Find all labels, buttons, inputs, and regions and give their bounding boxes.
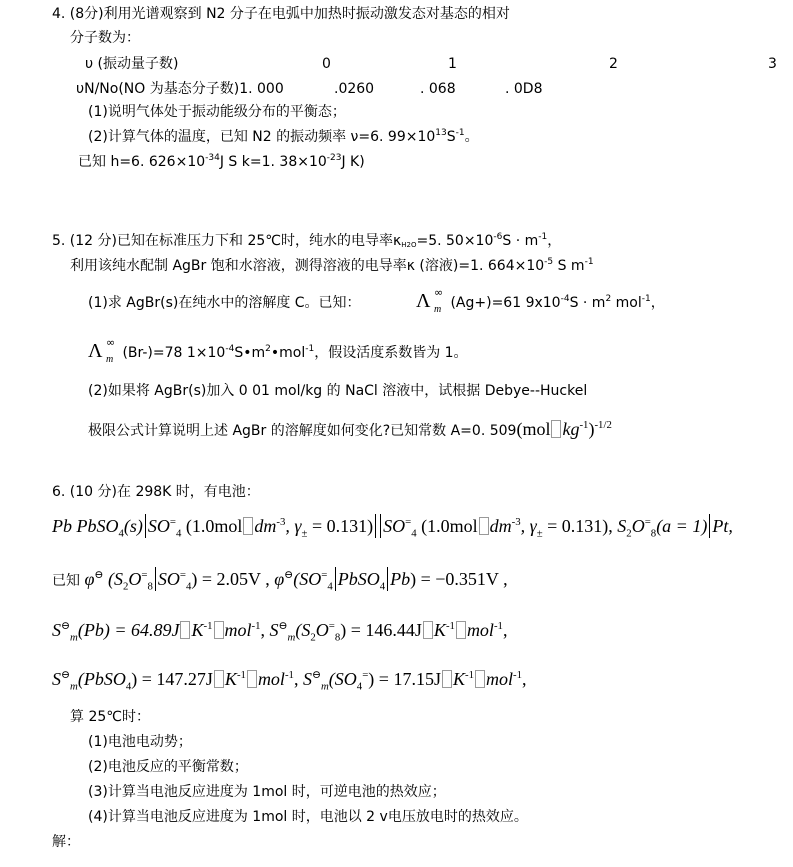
q5-line4-unit: S•m bbox=[234, 345, 265, 361]
q6-known-potentials: 已知 φ⊖ (S2O=8SO=4) = 2.05V , φ⊖(SO=4PbSO4… bbox=[52, 567, 508, 591]
q5-line4-br: (Br-)=78 1×10 bbox=[118, 345, 225, 361]
q5-line4-exp3: -1 bbox=[305, 344, 314, 354]
phase-boundary bbox=[709, 514, 710, 538]
q5-line1-text: 5. (12 分)已知在标准压力下和 25℃时，纯水的电导率κ bbox=[52, 233, 401, 249]
q5-item-1: (1)求 AgBr(s)在纯水中的溶解度 C。已知： bbox=[88, 294, 361, 312]
q6-item-3: (3)计算当电池反应进度为 1mol 时，可逆电池的热效应； bbox=[88, 783, 446, 801]
q4-row1-v0: 0 bbox=[322, 55, 331, 73]
q5-line2-unit: S m bbox=[553, 258, 584, 274]
q4-known-k-unit: J K) bbox=[341, 154, 364, 170]
q5-item1-end: ， bbox=[651, 295, 665, 311]
q6-phi1: φ⊖ (S2O=8SO=4) = 2.05V , φ⊖(SO=4PbSO4Pb)… bbox=[84, 569, 507, 589]
q5-item2-unit-math: (molkg-1)-1/2 bbox=[516, 419, 611, 439]
q4-known-h-unit: J S k=1. 38×10 bbox=[220, 154, 327, 170]
q6-entropy-line-1: S⊖m(Pb) = 64.89JK-1mol-1, S⊖m(S2O=8) = 1… bbox=[52, 619, 507, 641]
q5-item-1-lambda-ag: Λ∞m (Ag+)=61 9x10-4S · m2 mol-1， bbox=[416, 292, 665, 312]
lambda-symbol: Λ bbox=[416, 290, 431, 312]
q6-title: 6. (10 分)在 298K 时，有电池： bbox=[52, 483, 260, 501]
q6-calc-title: 算 25℃时： bbox=[70, 708, 150, 726]
q4-item2-exp: 13 bbox=[435, 128, 446, 138]
q4-row1-v2: 2 bbox=[609, 55, 618, 73]
q5-line-4-lambda-br: Λ∞m (Br-)=78 1×10-4S•m2•mol-1，假设活度系数皆为 1… bbox=[88, 342, 468, 362]
q4-item2-end: 。 bbox=[465, 129, 479, 145]
q5-line4-exp: -4 bbox=[225, 344, 234, 354]
q4-known-h-exp: -34 bbox=[205, 153, 220, 163]
q4-item2-text: (2)计算气体的温度，已知 N2 的振动频率 ν=6. 99×10 bbox=[88, 129, 435, 145]
q5-item1-mol: mol bbox=[611, 295, 642, 311]
q5-line1-unit: S · m bbox=[502, 233, 538, 249]
lambda-m-inf-br: Λ∞m bbox=[88, 342, 118, 362]
q6-cell-notation: Pb PbSO4(s)SO=4 (1.0moldm-3, γ± = 0.131)… bbox=[52, 514, 733, 538]
q4-row1-v1: 1 bbox=[448, 55, 457, 73]
q6-item-2: (2)电池反应的平衡常数； bbox=[88, 758, 248, 776]
q5-item-2-cont: 极限公式计算说明上述 AgBr 的溶解度如何变化?已知常数 A=0. 509(m… bbox=[88, 418, 612, 440]
q6-item-4: (4)计算当电池反应进度为 1mol 时，电池以 2 v电压放电时的热效应。 bbox=[88, 808, 528, 826]
q6-entropy-line-2: S⊖m(PbSO4) = 147.27JK-1mol-1, S⊖m(SO4=) … bbox=[52, 668, 526, 690]
q5-line1-end: ， bbox=[547, 233, 561, 249]
q4-known-constants: 已知 h=6. 626×10-34J S k=1. 38×10-23J K) bbox=[78, 153, 365, 171]
q5-item1-exp3: -1 bbox=[642, 294, 651, 304]
m-sub: m bbox=[106, 351, 113, 369]
q5-item1-ag: (Ag+)=61 9x10 bbox=[446, 295, 561, 311]
placeholder-box bbox=[479, 517, 489, 535]
q6-known-label: 已知 bbox=[52, 573, 80, 589]
q4-row2-v3: . 0D8 bbox=[505, 80, 543, 98]
q5-line1-val: =5. 50×10 bbox=[416, 233, 493, 249]
q4-title-cont: 分子数为： bbox=[70, 29, 140, 47]
q5-line1-exp2: -1 bbox=[538, 232, 547, 242]
q4-row2-v1: .0260 bbox=[334, 80, 374, 98]
q4-row2-label: υN/No(NO 为基态分子数)1. 000 bbox=[76, 80, 284, 98]
infinity-sup: ∞ bbox=[106, 334, 115, 352]
q5-line1-sub: H2O bbox=[401, 241, 416, 249]
q4-row1-v3: 3 bbox=[768, 55, 777, 73]
q5-line2-exp2: -1 bbox=[585, 257, 594, 267]
q4-row1-label: υ (振动量子数) bbox=[85, 55, 178, 73]
q4-item-2: (2)计算气体的温度，已知 N2 的振动频率 ν=6. 99×1013S-1。 bbox=[88, 128, 479, 146]
q4-item2-unit-exp: -1 bbox=[456, 128, 465, 138]
lambda-symbol: Λ bbox=[88, 340, 103, 362]
q5-item2-text: 极限公式计算说明上述 AgBr 的溶解度如何变化?已知常数 A=0. 509 bbox=[88, 423, 516, 439]
lambda-m-inf-ag: Λ∞m bbox=[416, 292, 446, 312]
phase-boundary bbox=[145, 514, 146, 538]
q5-item1-unit: S · m bbox=[570, 295, 606, 311]
q5-line2-text: 利用该纯水配制 AgBr 饱和水溶液，测得溶液的电导率κ (溶液)=1. 664… bbox=[70, 258, 544, 274]
q5-item1-text: (1)求 AgBr(s)在纯水中的溶解度 C。已知： bbox=[88, 295, 361, 311]
placeholder-box bbox=[243, 517, 253, 535]
q5-line4-end: ，假设活度系数皆为 1。 bbox=[314, 345, 467, 361]
answer-label: 解： bbox=[52, 833, 80, 851]
salt-bridge bbox=[375, 514, 381, 538]
q4-known-h: 已知 h=6. 626×10 bbox=[78, 154, 205, 170]
q4-known-k-exp: -23 bbox=[327, 153, 342, 163]
placeholder-box bbox=[551, 420, 561, 438]
q4-item2-unit: S bbox=[447, 129, 456, 145]
q5-item1-exp: -4 bbox=[561, 294, 570, 304]
q5-line-2: 利用该纯水配制 AgBr 饱和水溶液，测得溶液的电导率κ (溶液)=1. 664… bbox=[70, 257, 594, 275]
q5-line1-exp: -6 bbox=[493, 232, 502, 242]
q4-item-1: (1)说明气体处于振动能级分布的平衡态； bbox=[88, 103, 346, 121]
q4-row2-v2: . 068 bbox=[420, 80, 456, 98]
q4-title: 4. (8分)利用光谱观察到 N2 分子在电弧中加热时振动激发态对基态的相对 bbox=[52, 5, 510, 23]
m-sub: m bbox=[434, 301, 441, 319]
q5-line4-mol: •mol bbox=[271, 345, 305, 361]
q5-line-1: 5. (12 分)已知在标准压力下和 25℃时，纯水的电导率κH2O=5. 50… bbox=[52, 232, 561, 254]
q5-line2-exp: -5 bbox=[544, 257, 553, 267]
q6-item-1: (1)电池电动势； bbox=[88, 733, 192, 751]
infinity-sup: ∞ bbox=[434, 284, 443, 302]
q5-item-2: (2)如果将 AgBr(s)加入 0 01 mol/kg 的 NaCl 溶液中，… bbox=[88, 382, 587, 400]
